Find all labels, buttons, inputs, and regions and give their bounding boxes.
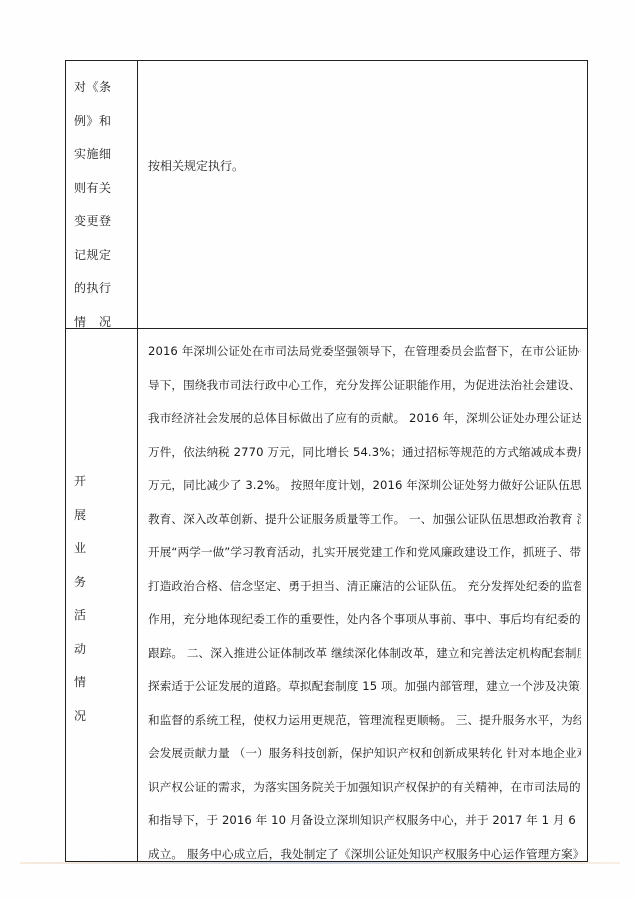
label-line: 务 (74, 566, 86, 600)
text-line: 会发展贡献力量 （一）服务科技创新，保护知识产权和创新成果转化 针对本地企业对知 (148, 737, 581, 771)
text-line: 导下，围绕我市司法行政中心工作，充分发挥公证职能作用，为促进法治社会建设、实现 (148, 369, 581, 403)
label-line: 展 (74, 499, 86, 533)
label-line: 的执行 (74, 272, 112, 306)
report-table: 对《条 例》和 实施细 则有关 变更登 记规定 的执行 情 况 按相关规定执行。… (65, 60, 588, 862)
label-line: 开 (74, 465, 86, 499)
text-line: 开展“两学一做”学习教育活动，扎实开展党建工作和党风廉政建设工作，抓班子、带队伍… (148, 536, 581, 570)
scanned-page: 对《条 例》和 实施细 则有关 变更登 记规定 的执行 情 况 按相关规定执行。… (0, 0, 636, 900)
text-line: 识产权公证的需求，为落实国务院关于加强知识产权保护的有关精神，在市司法局的支持 (148, 771, 581, 805)
row-label-cell: 开 展 业 务 活 动 情 况 (66, 329, 138, 861)
text-line: 万件，依法纳税 2770 万元，同比增长 54.3%；通过招标等规范的方式缩减成… (148, 436, 581, 470)
label-line: 活 (74, 599, 86, 633)
scan-edge-shadow (20, 862, 620, 864)
text-line: 2016 年深圳公证处在市司法局党委坚强领导下，在管理委员会监督下，在市公证协会… (148, 335, 581, 369)
row-content-cell: 2016 年深圳公证处在市司法局党委坚强领导下，在管理委员会监督下，在市公证协会… (138, 329, 587, 861)
table-row-business-activities: 开 展 业 务 活 动 情 况 2016 年深圳公证处在市司法局党委坚强领导下，… (66, 328, 587, 861)
row-content-cell: 按相关规定执行。 (138, 61, 587, 328)
label-line: 业 (74, 532, 86, 566)
label-line: 动 (74, 633, 86, 667)
text-line: 跟踪。 二、深入推进公证体制改革 继续深化体制改革，建立和完善法定机构配套制度， (148, 637, 581, 671)
text-line: 作用，充分地体现纪委工作的重要性，处内各个事项从事前、事中、事后均有纪委的全程 (148, 603, 581, 637)
text-line: 打造政治合格、信念坚定、勇于担当、清正廉洁的公证队伍。 充分发挥处纪委的监督职能 (148, 570, 581, 604)
text-line: 我市经济社会发展的总体目标做出了应有的贡献。 2016 年，深圳公证处办理公证达… (148, 402, 581, 436)
text-line: 万元，同比减少了 3.2%。 按照年度计划，2016 年深圳公证处努力做好公证队… (148, 469, 581, 503)
row-label: 对《条 例》和 实施细 则有关 变更登 记规定 的执行 情 况 (74, 71, 112, 339)
row-label-cell: 对《条 例》和 实施细 则有关 变更登 记规定 的执行 情 况 (66, 61, 138, 328)
row-label: 开 展 业 务 活 动 情 况 (74, 465, 86, 733)
text-line: 和指导下，于 2016 年 10 月备设立深圳知识产权服务中心，并于 2017 … (148, 804, 581, 838)
label-line: 况 (74, 700, 86, 734)
text-line: 和监督的系统工程，使权力运用更规范，管理流程更顺畅。 三、提升服务水平，为经济社 (148, 704, 581, 738)
row-content-text: 按相关规定执行。 (148, 157, 244, 175)
label-line: 例》和 (74, 105, 112, 139)
row-content-paragraph: 2016 年深圳公证处在市司法局党委坚强领导下，在管理委员会监督下，在市公证协会… (148, 335, 581, 871)
label-line: 对《条 (74, 71, 112, 105)
text-line: 教育、深入改革创新、提升公证服务质量等工作。 一、加强公证队伍思想政治教育 深入 (148, 503, 581, 537)
label-line: 情 (74, 666, 86, 700)
text-line: 成立。 服务中心成立后，我处制定了《深圳公证处知识产权服务中心运作管理方案》和《… (148, 838, 581, 872)
label-line: 则有关 (74, 172, 112, 206)
label-line: 变更登 (74, 205, 112, 239)
text-line: 探索适于公证发展的道路。草拟配套制度 15 项。加强内部管理，建立一个涉及决策、… (148, 670, 581, 704)
label-line: 实施细 (74, 138, 112, 172)
label-line: 记规定 (74, 239, 112, 273)
table-row-regulation-execution: 对《条 例》和 实施细 则有关 变更登 记规定 的执行 情 况 按相关规定执行。 (66, 61, 587, 328)
